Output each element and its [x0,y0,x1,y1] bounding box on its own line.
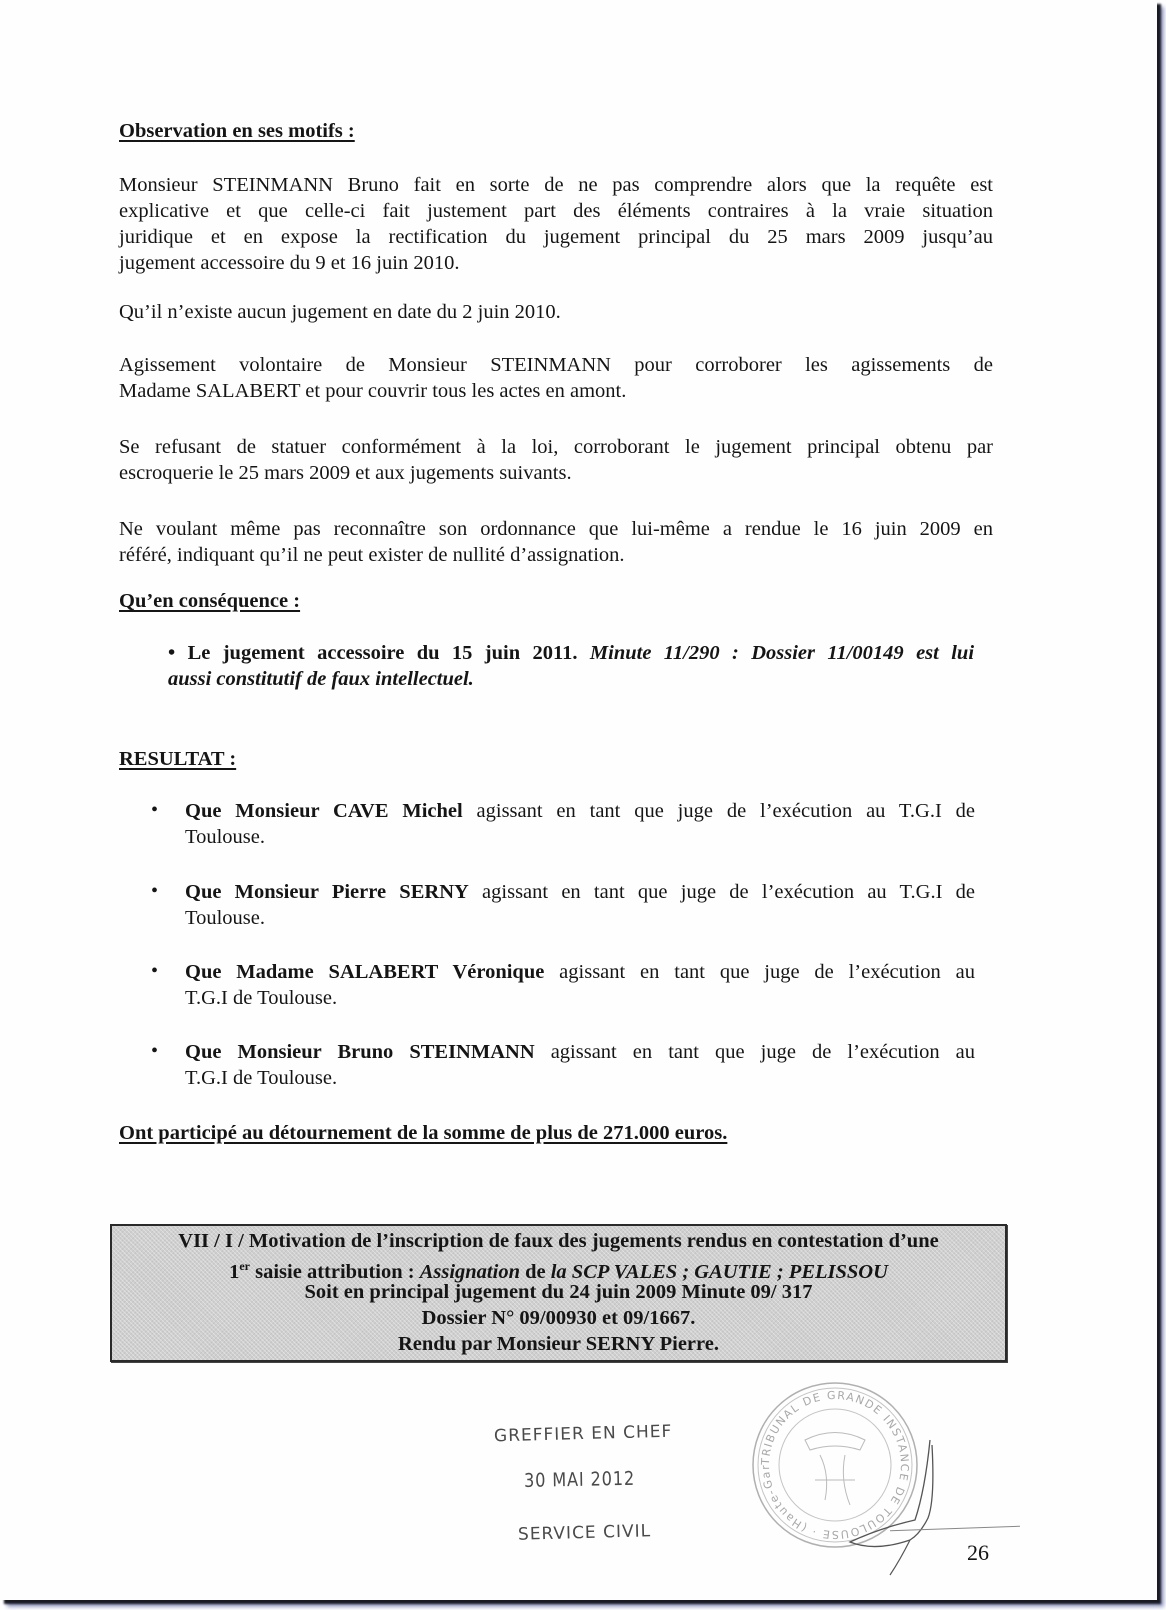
resultat-item-1-line-2: Toulouse. [185,824,265,850]
box-line-4: Dossier N° 09/00930 et 09/1667. [112,1306,1005,1331]
resultat-item-3: Que Madame SALABERT Véronique agissant e… [185,959,975,985]
consequence-item: • Le jugement accessoire du 15 juin 2011… [168,640,974,666]
resultat-item-text: agissant en tant que juge de l’exécution… [544,961,975,983]
bullet-icon: • [168,642,175,664]
paragraph-1-line-2: explicative et que celle-ci fait justeme… [119,198,993,224]
bullet-icon: • [151,960,158,983]
resultat-item-2-line-2: Toulouse. [185,905,265,931]
paragraph-2-line-1: Qu’il n’existe aucun jugement en date du… [119,299,561,325]
bullet-icon: • [151,799,158,822]
resultat-item-text: agissant en tant que juge de l’exécution… [463,800,975,822]
resultat-item-text: agissant en tant que juge de l’exécution… [535,1041,975,1063]
resultat-item-3-line-2: T.G.I de Toulouse. [185,985,337,1011]
box-line-1: VII / I / Motivation de l’inscription de… [112,1229,1005,1254]
paragraph-1-line-1: Monsieur STEINMANN Bruno fait en sorte d… [119,172,993,198]
resultat-item-name: Que Monsieur Pierre SERNY [185,881,469,903]
stamp-date: 30 MAI 2012 [524,1468,635,1492]
paragraph-4-line-1: Se refusant de statuer conformément à la… [119,434,993,460]
consequence-bold: Le jugement accessoire du 15 juin 2011. [188,642,578,664]
resultat-item-4-line-2: T.G.I de Toulouse. [185,1065,337,1091]
paragraph-5-line-1: Ne voulant même pas reconnaître son ordo… [119,516,993,542]
resultat-item-text: agissant en tant que juge de l’exécution… [469,881,975,903]
resultat-item-name: Que Monsieur Bruno STEINMANN [185,1041,535,1063]
paragraph-3-line-1: Agissement volontaire de Monsieur STEINM… [119,352,993,378]
paragraph-1-line-3: juridique et en expose la rectification … [119,224,993,250]
stamp-greffier: GREFFIER EN CHEF [494,1422,673,1447]
paragraph-3-line-2: Madame SALABERT et pour couvrir tous les… [119,378,626,404]
consequence-italic-2: aussi constitutif de faux intellectuel. [168,666,474,692]
observation-heading: Observation en ses motifs : [119,118,355,144]
box-line-5: Rendu par Monsieur SERNY Pierre. [112,1332,1005,1357]
resultat-item-1: Que Monsieur CAVE Michel agissant en tan… [185,798,975,824]
consequence-heading: Qu’en conséquence : [119,588,300,614]
paragraph-4-line-2: escroquerie le 25 mars 2009 et aux jugem… [119,460,572,486]
consequence-italic-1: Minute 11/290 : Dossier 11/00149 est lui [590,642,974,664]
stamp-service: SERVICE CIVIL [518,1521,652,1544]
resultat-item-2: Que Monsieur Pierre SERNY agissant en ta… [185,879,975,905]
bullet-icon: • [151,1040,158,1063]
bullet-icon: • [151,880,158,903]
resultat-item-name: Que Madame SALABERT Véronique [185,961,544,983]
box-line-3: Soit en principal jugement du 24 juin 20… [112,1280,1005,1305]
paragraph-5-line-2: référé, indiquant qu’il ne peut exister … [119,542,625,568]
resultat-item-4: Que Monsieur Bruno STEINMANN agissant en… [185,1039,975,1065]
signature-icon [820,1430,1020,1580]
box-ordinal-sup: er [239,1259,250,1273]
paragraph-1-line-4: jugement accessoire du 9 et 16 juin 2010… [119,250,459,276]
section-title-box: VII / I / Motivation de l’inscription de… [110,1224,1007,1362]
conclusion-line: Ont participé au détournement de la somm… [119,1120,727,1146]
page-number: 26 [967,1540,989,1566]
document-page: Observation en ses motifs : Monsieur STE… [0,0,1157,1600]
resultat-heading: RESULTAT : [119,746,236,772]
resultat-item-name: Que Monsieur CAVE Michel [185,800,463,822]
